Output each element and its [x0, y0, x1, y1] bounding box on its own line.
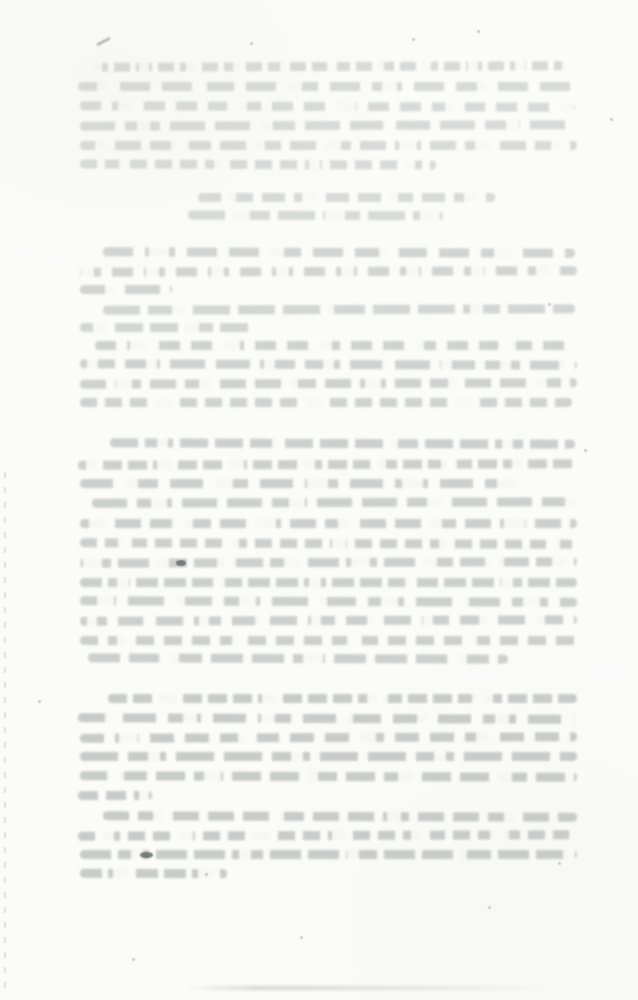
text-line: [80, 557, 577, 568]
text-line: [80, 578, 577, 587]
text-line: [80, 159, 436, 169]
paragraph-7: [0, 0, 638, 1000]
speckle: [132, 958, 135, 961]
text-line: [80, 120, 575, 131]
text-line: [80, 752, 577, 761]
paragraph-8: [0, 0, 638, 1000]
speckle: [205, 873, 208, 876]
speckle: [477, 30, 480, 33]
text-line: [78, 459, 575, 470]
text-line: [80, 596, 577, 607]
scan-smudge: [185, 986, 550, 990]
paragraph-4: [0, 0, 638, 1000]
text-line: [92, 61, 567, 71]
speckle: [38, 700, 41, 703]
text-line: [80, 266, 577, 277]
speckle: [548, 303, 551, 306]
speckle: [412, 38, 415, 41]
pencil-tick: [96, 37, 111, 47]
speckle: [300, 936, 303, 939]
text-line: [110, 438, 575, 448]
verse-quote: [0, 0, 638, 1000]
text-line: [80, 141, 577, 150]
scan-artifacts: [0, 0, 638, 1000]
text-line: [103, 304, 575, 314]
text-line: [80, 732, 577, 743]
text-line: [80, 519, 577, 528]
text-line: [78, 713, 577, 724]
text-line: [88, 653, 508, 663]
text-line: [188, 211, 443, 221]
text-line: [80, 359, 577, 370]
text-line: [80, 323, 255, 332]
paragraph-2: [0, 0, 638, 1000]
scanned-page: [0, 0, 638, 1000]
text-line: [80, 285, 172, 294]
text-line: [80, 850, 577, 859]
text-line: [80, 101, 575, 112]
text-line: [78, 791, 152, 800]
text-line: [92, 497, 577, 508]
text-line: [80, 378, 577, 389]
text-line: [103, 811, 577, 821]
text-line: [80, 479, 528, 488]
text-line: [80, 869, 227, 878]
speckle: [558, 862, 561, 865]
text-line: [198, 193, 495, 202]
text-line: [80, 615, 577, 626]
ink-blot: [176, 560, 186, 566]
paragraph-3: [0, 0, 638, 1000]
text-line: [80, 636, 577, 645]
speckle: [584, 449, 587, 452]
speckle: [250, 42, 253, 45]
paragraph-6: [0, 0, 638, 1000]
ink-blot: [140, 852, 153, 858]
speckle: [488, 906, 491, 909]
text-line: [108, 694, 577, 703]
text-line: [95, 341, 575, 350]
paragraph-1: [0, 0, 638, 1000]
scan-edge-line: [4, 472, 6, 992]
speckle: [610, 118, 613, 121]
text-line: [78, 82, 575, 91]
page-text: [0, 0, 638, 1000]
text-line: [103, 247, 575, 257]
text-line: [80, 771, 577, 782]
text-line: [80, 398, 572, 407]
paragraph-5: [0, 0, 638, 1000]
text-line: [78, 830, 577, 841]
text-line: [80, 538, 577, 549]
